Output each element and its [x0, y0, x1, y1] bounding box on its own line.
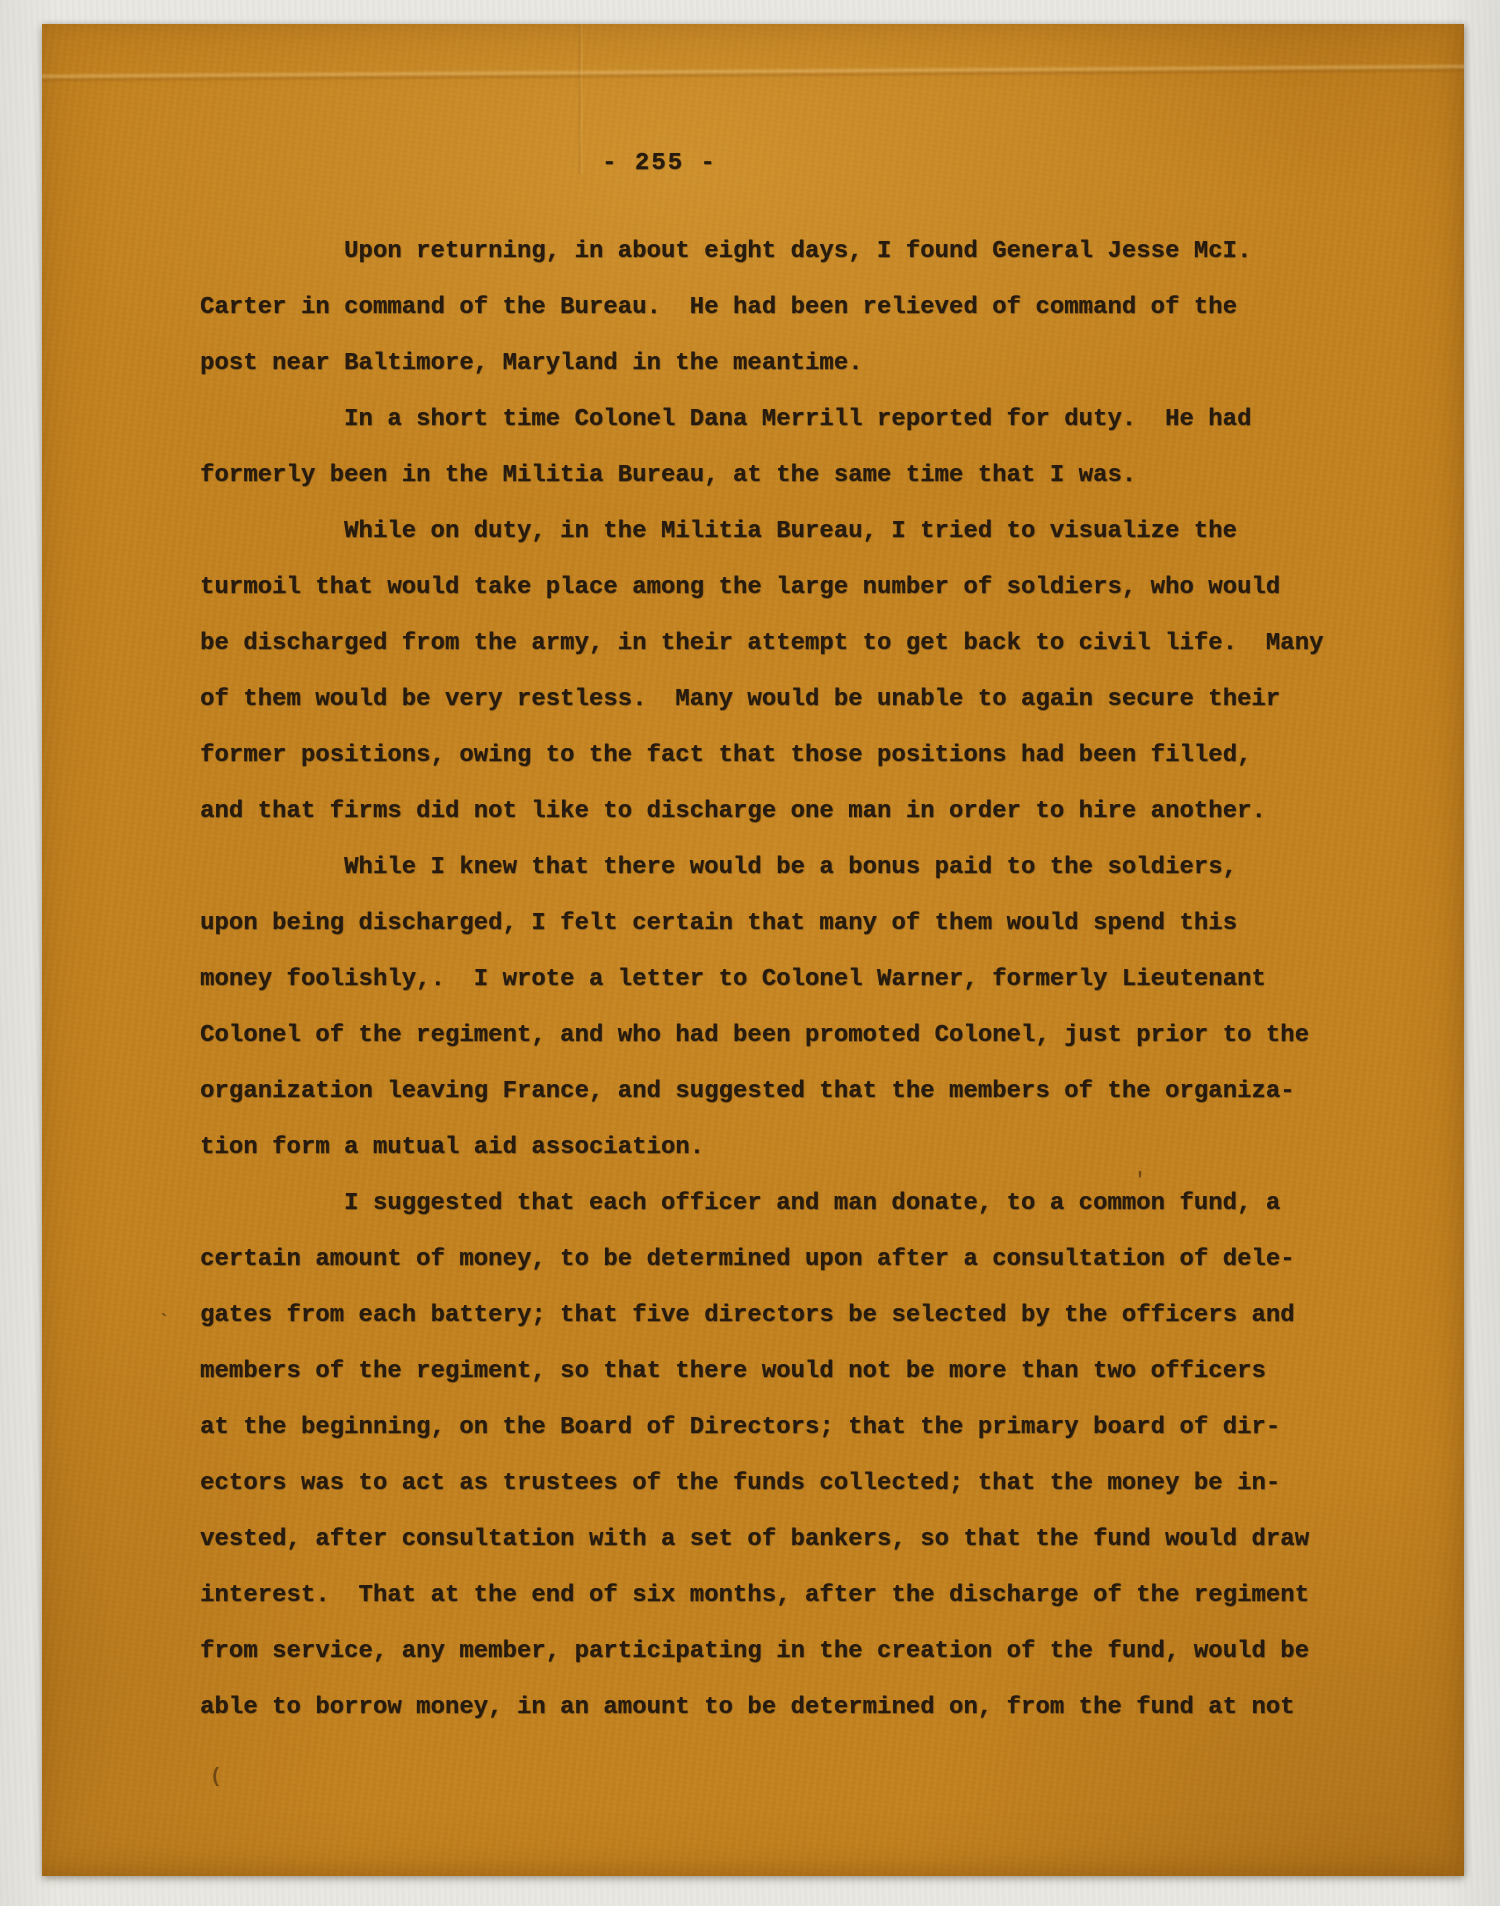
text-line: upon being discharged, I felt certain th…: [200, 896, 1360, 952]
text-line: from service, any member, participating …: [200, 1624, 1360, 1680]
text-line: of them would be very restless. Many wou…: [200, 672, 1360, 728]
document-body: Upon returning, in about eight days, I f…: [200, 224, 1360, 1736]
paragraph: I suggested that each officer and man do…: [200, 1176, 1360, 1736]
paper-sheet: - 255 - Upon returning, in about eight d…: [42, 24, 1464, 1876]
text-line: In a short time Colonel Dana Merrill rep…: [200, 392, 1360, 448]
text-line: Carter in command of the Bureau. He had …: [200, 280, 1360, 336]
text-line: former positions, owing to the fact that…: [200, 728, 1360, 784]
text-line: vested, after consultation with a set of…: [200, 1512, 1360, 1568]
text-line: and that firms did not like to discharge…: [200, 784, 1360, 840]
text-line: turmoil that would take place among the …: [200, 560, 1360, 616]
paper-speck: `: [158, 1312, 170, 1335]
text-line: members of the regiment, so that there w…: [200, 1344, 1360, 1400]
text-line: formerly been in the Militia Bureau, at …: [200, 448, 1360, 504]
text-line: tion form a mutual aid association.: [200, 1120, 1360, 1176]
paper-speck: ': [1134, 1170, 1146, 1193]
text-line: Upon returning, in about eight days, I f…: [200, 224, 1360, 280]
text-line: While on duty, in the Militia Bureau, I …: [200, 504, 1360, 560]
paragraph: While I knew that there would be a bonus…: [200, 840, 1360, 1176]
page-number: - 255 -: [602, 150, 717, 177]
text-line: ectors was to act as trustees of the fun…: [200, 1456, 1360, 1512]
paragraph: Upon returning, in about eight days, I f…: [200, 224, 1360, 392]
paper-speck: (: [210, 1766, 222, 1789]
text-line: certain amount of money, to be determine…: [200, 1232, 1360, 1288]
text-line: gates from each battery; that five direc…: [200, 1288, 1360, 1344]
paragraph: While on duty, in the Militia Bureau, I …: [200, 504, 1360, 840]
text-line: at the beginning, on the Board of Direct…: [200, 1400, 1360, 1456]
text-line: While I knew that there would be a bonus…: [200, 840, 1360, 896]
text-line: Colonel of the regiment, and who had bee…: [200, 1008, 1360, 1064]
text-line: post near Baltimore, Maryland in the mea…: [200, 336, 1360, 392]
text-line: able to borrow money, in an amount to be…: [200, 1680, 1360, 1736]
paragraph: In a short time Colonel Dana Merrill rep…: [200, 392, 1360, 504]
text-line: I suggested that each officer and man do…: [200, 1176, 1360, 1232]
text-line: be discharged from the army, in their at…: [200, 616, 1360, 672]
text-line: money foolishly,. I wrote a letter to Co…: [200, 952, 1360, 1008]
paper-speck: ´: [1084, 306, 1096, 329]
text-line: interest. That at the end of six months,…: [200, 1568, 1360, 1624]
text-line: organization leaving France, and suggest…: [200, 1064, 1360, 1120]
